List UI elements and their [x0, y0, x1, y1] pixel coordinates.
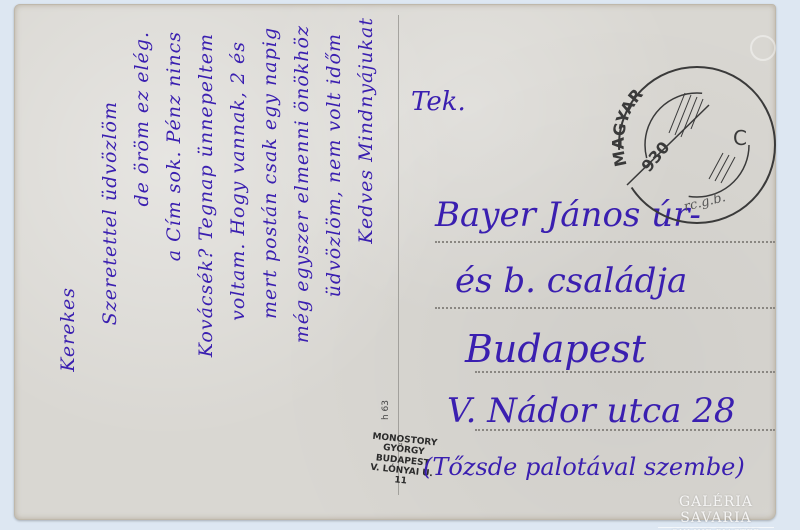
message-line: Kedves Mindnyájukat	[355, 17, 377, 244]
handwritten-message: Kedves Mindnyájukat üdvözlöm, nem volt i…	[37, 13, 377, 483]
message-line: a Cím sok. Pénz nincs	[163, 31, 185, 261]
address-dotted-line	[435, 307, 775, 309]
address-street: V. Nádor utca 28	[447, 391, 736, 431]
address-city: Budapest	[465, 327, 646, 371]
message-line: Szeretettel üdvözlöm	[99, 101, 121, 325]
postmark-partial: C	[733, 126, 747, 150]
address-salutation: Tek.	[411, 87, 466, 117]
watermark: GALÉRIA SAVARIA ONLINE PIACTÉR	[646, 494, 786, 530]
address-dotted-line	[435, 241, 775, 243]
address-note: (Tőzsde palotával szembe)	[423, 453, 745, 481]
watermark-main: GALÉRIA SAVARIA	[646, 494, 786, 526]
message-line: Kovácsék? Tegnap ünnepeltem	[195, 33, 217, 357]
card-serial: h 63	[381, 400, 391, 420]
postmark-stamp: MAGYAR 930 C rc.g.b.	[597, 45, 777, 225]
message-line: mert postán csak egy napig	[259, 27, 281, 319]
address-family: és b. családja	[455, 261, 687, 301]
message-line: üdvözlöm, nem volt időm	[323, 33, 345, 297]
postmark-country: MAGYAR	[609, 85, 647, 168]
center-divider	[398, 15, 399, 495]
message-line: voltam. Hogy vannak, 2 és	[227, 41, 249, 321]
message-line: de öröm ez elég.	[131, 31, 153, 207]
address-dotted-line	[475, 429, 775, 431]
postcard: Kedves Mindnyájukat üdvözlöm, nem volt i…	[14, 4, 776, 520]
address-dotted-line	[475, 371, 775, 373]
signature: Kerekes	[57, 287, 79, 372]
svg-text:MAGYAR: MAGYAR	[609, 85, 647, 168]
paper-stain	[750, 35, 776, 61]
message-line: még egyszer elmenni önökhöz	[291, 25, 313, 343]
postmark-lower: rc.g.b.	[682, 190, 727, 215]
